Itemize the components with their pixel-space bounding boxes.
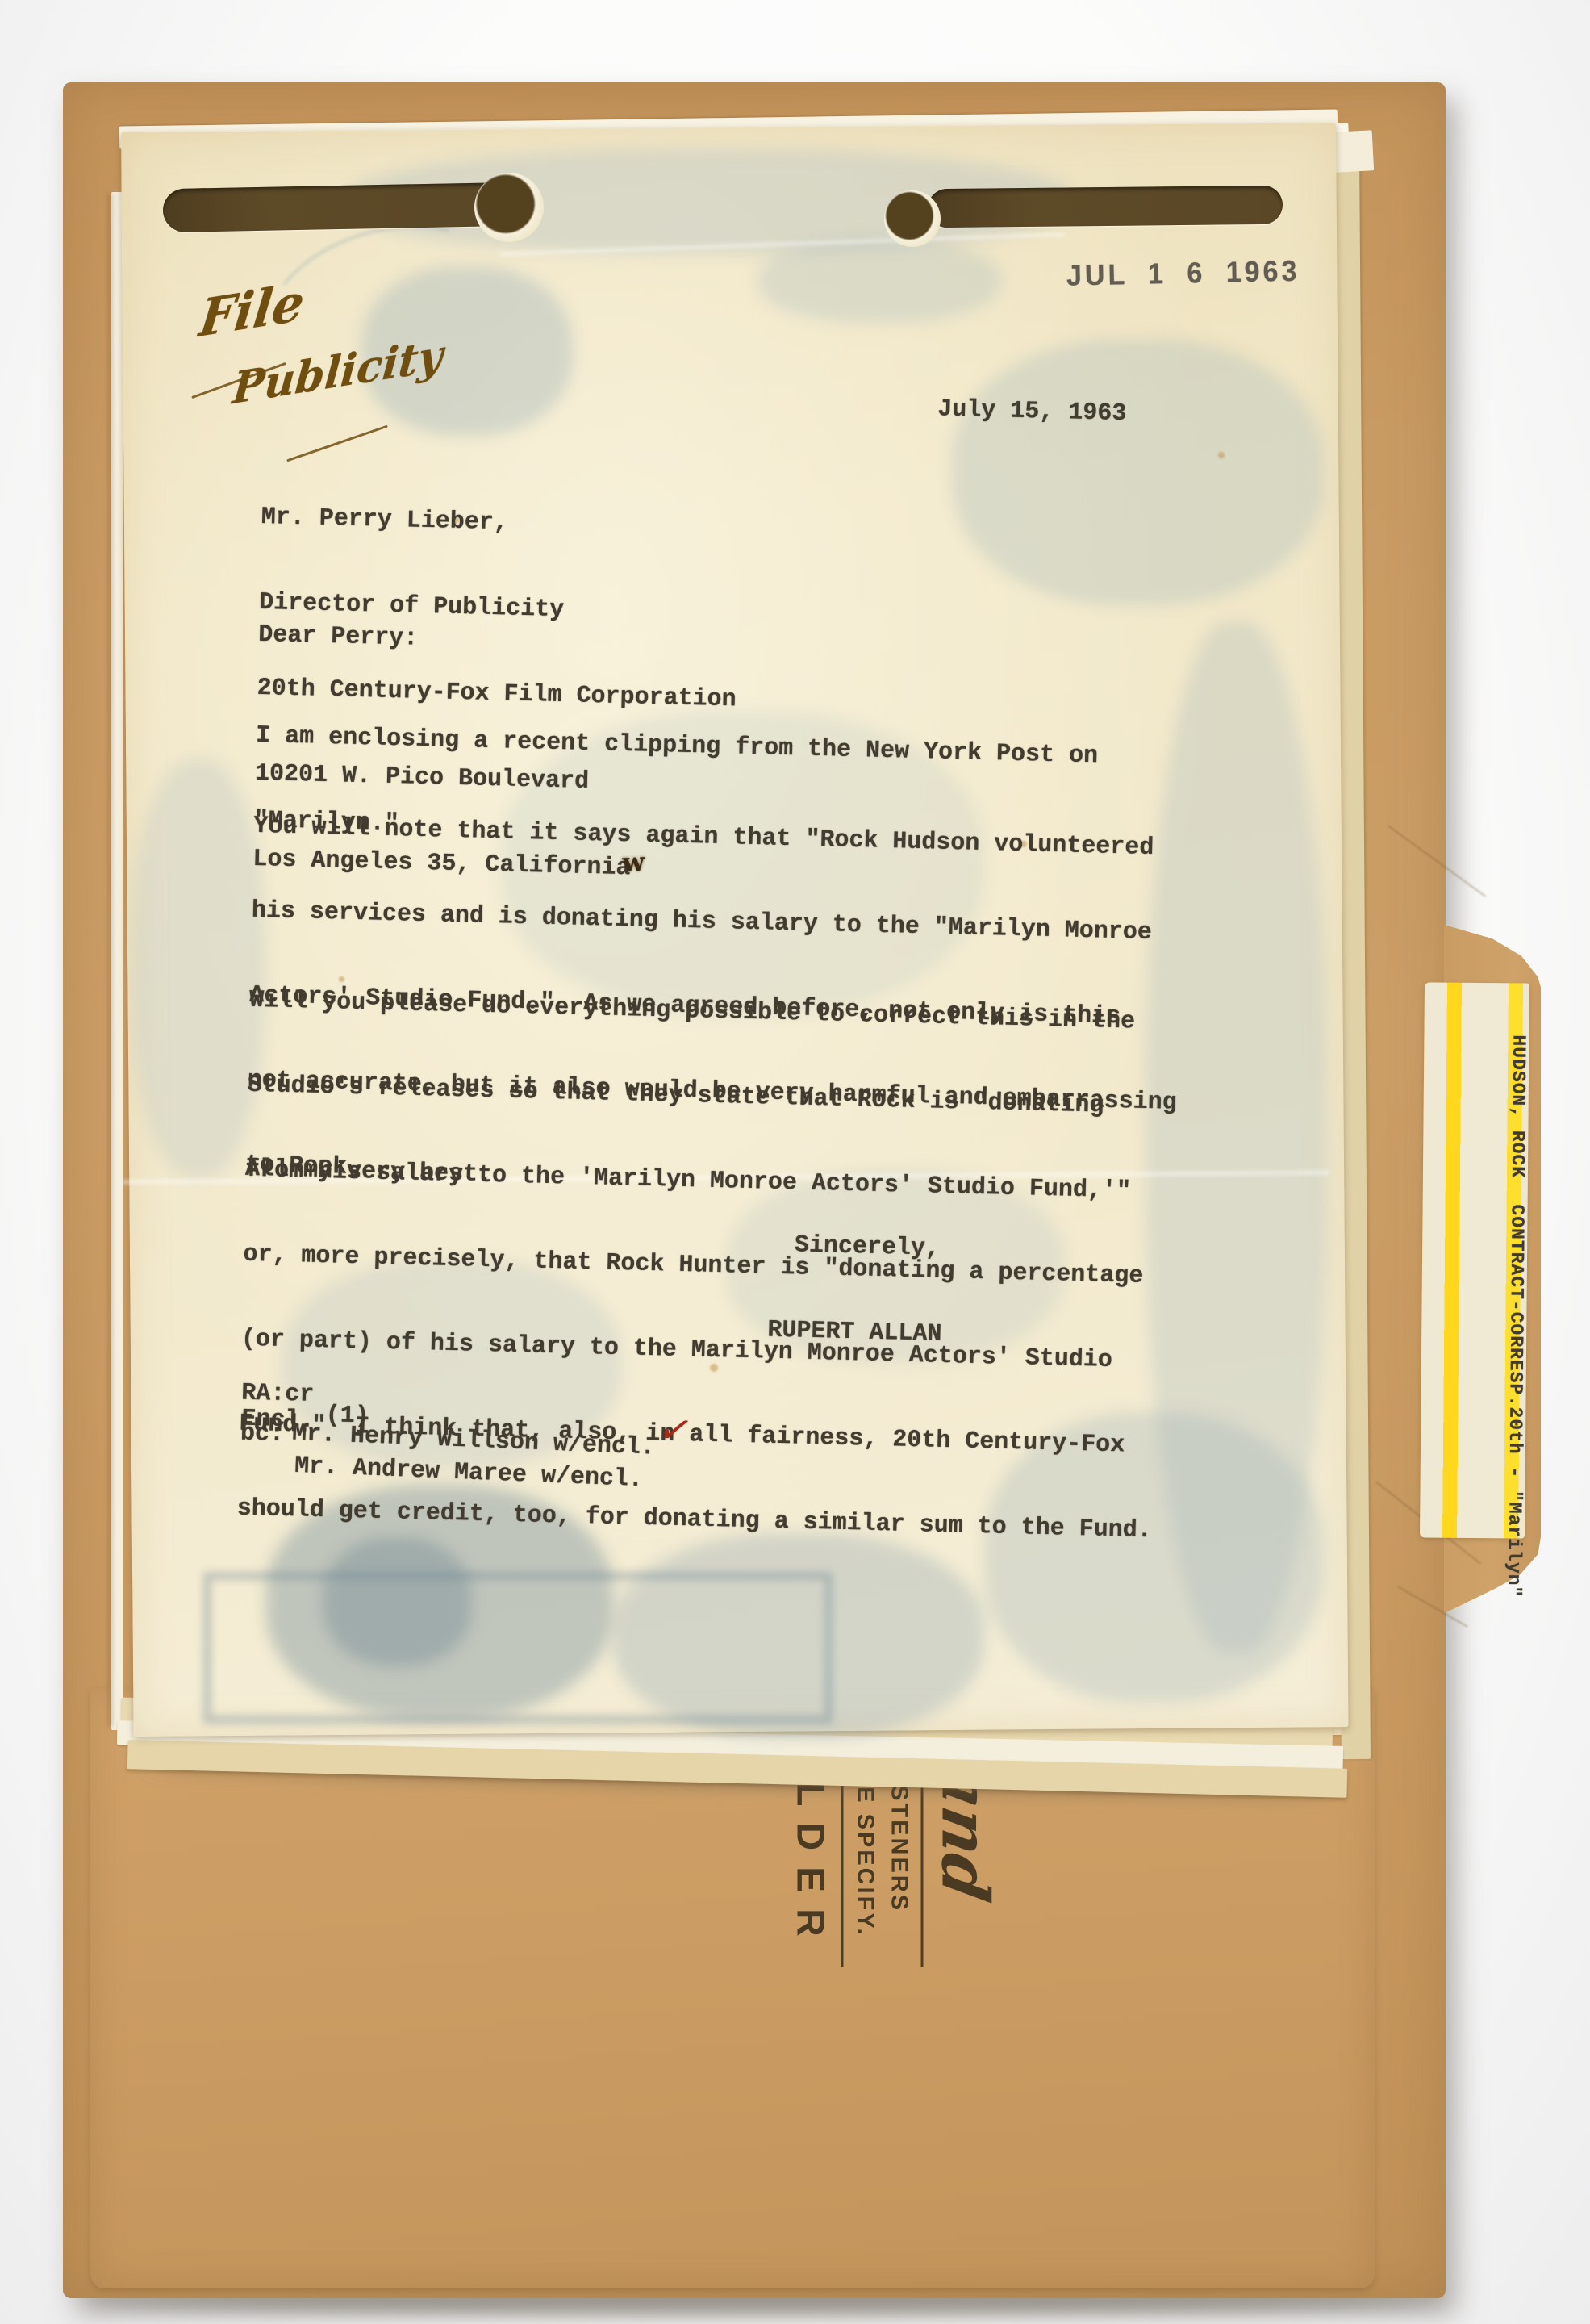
tab-category-line1: CONTRACT-CORRESP. [1421,1203,1527,1407]
date-stamp: JUL 1 6 1963 [1066,255,1300,293]
foxing-spot [1218,452,1225,458]
photo-backdrop: n Rand · IF FASTENERS PLEASE SPECIFY. FO… [0,0,1590,2324]
signature-name: RUPERT ALLAN [767,1317,942,1348]
fastener-slot-left [163,182,517,232]
paper-stack-edge [111,192,123,1730]
typist-reference: RA:cr [241,1380,315,1409]
ink-correction: w [622,846,645,878]
paper-edge-shadow [108,194,112,1727]
tab-sticker: HUDSON, ROCK CONTRACT-CORRESP.20th - "Ma… [1420,982,1529,1538]
fastener-slot-right [928,186,1283,228]
newsprint-showthrough [758,239,1000,323]
body-line: You will note that it says again that "R… [253,812,1183,864]
body-line: or, more precisely, that Rock Hunter is … [243,1240,1158,1293]
letter-date: July 15, 1963 [937,395,1127,428]
signoff: Sincerely, [795,1231,941,1262]
body-line: should get credit, too, for donating a s… [236,1494,1152,1547]
body-line: (or part) of his salary to the Marilyn M… [240,1325,1156,1377]
bcc-label: bc: [240,1420,285,1448]
tab-category-label: CONTRACT-CORRESP.20th - "Marilyn" [1420,1287,1526,1514]
newsprint-showthrough [952,339,1323,605]
body-line: Will you please do everything possible t… [249,986,1165,1039]
body-line: Studio's releases so that they state tha… [247,1071,1162,1123]
fastener-tear-hole [474,173,544,242]
salutation: Dear Perry: [258,621,419,653]
tab-name-label: HUDSON, ROCK [1423,1013,1529,1199]
address-line: Mr. Perry Lieber, [261,502,741,545]
newsprint-showthrough [203,1572,833,1724]
tab-category-line2: 20th - "Marilyn" [1419,1407,1525,1599]
paragraph-3: Will you please do everything possible t… [236,931,1166,1601]
fastener-tear-hole [884,190,941,247]
